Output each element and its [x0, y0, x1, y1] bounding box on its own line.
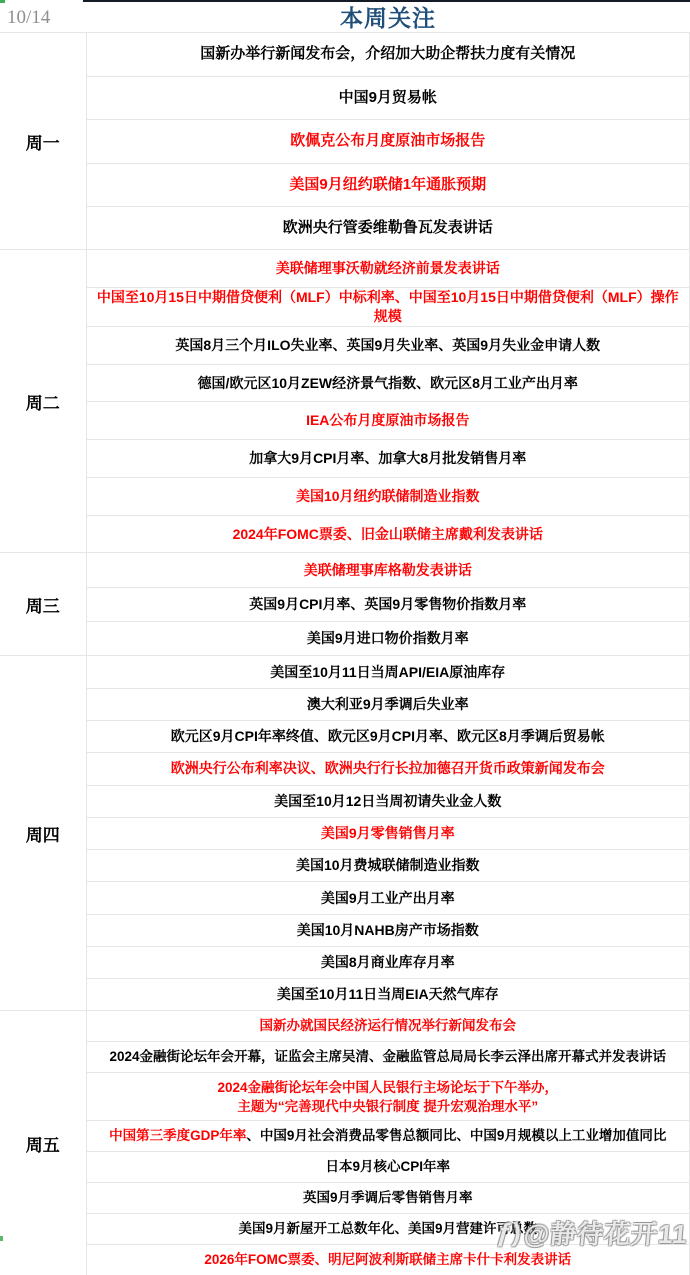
event-text: 欧洲央行公布利率决议、欧洲央行行长拉加德召开货币政策新闻发布会	[86, 753, 690, 785]
day-label-fri: 周五	[0, 1011, 86, 1275]
event-text: 美国9月纽约联储1年通胀预期	[86, 163, 690, 206]
event-segment: 2024金融街论坛年会开幕，证监会主席吴清、金融监管总局局长李云泽出席开幕式并发…	[109, 1049, 666, 1064]
event-segment: 美国9月进口物价指数月率	[307, 630, 469, 646]
event-text: 德国/欧元区10月ZEW经济景气指数、欧元区8月工业产出月率	[86, 364, 690, 402]
event-text: 美国8月商业库存月率	[86, 946, 690, 978]
event-segment: 美国至10月12日当周初请失业金人数	[274, 793, 501, 809]
event-segment: 美国10月费城联储制造业指数	[296, 857, 480, 873]
event-segment: 美国8月商业库存月率	[321, 954, 455, 970]
event-text: 美国至10月11日当周API/EIA原油库存	[86, 656, 690, 688]
event-segment: 国新办举行新闻发布会，介绍加大助企帮扶力度有关情况	[200, 45, 575, 62]
event-text: 澳大利亚9月季调后失业率	[86, 688, 690, 720]
event-segment: 美国至10月11日当周API/EIA原油库存	[270, 664, 505, 680]
event-row: 周三美联储理事库格勒发表讲话	[0, 553, 690, 587]
event-row: 欧洲央行管委维勒鲁瓦发表讲话	[0, 207, 690, 250]
event-segment: 国新办就国民经济运行情况举行新闻发布会	[260, 1018, 517, 1033]
event-segment: 美联储理事沃勒就经济前景发表讲话	[276, 260, 500, 276]
event-row: 英国8月三个月ILO失业率、英国9月失业率、英国9月失业金申请人数	[0, 326, 690, 364]
green-edge-mark	[0, 1236, 3, 1241]
page-title: 本周关注	[86, 0, 690, 33]
event-segment: 中国9月贸易帐	[339, 89, 437, 106]
event-row: 德国/欧元区10月ZEW经济景气指数、欧元区8月工业产出月率	[0, 364, 690, 402]
event-text: 美国至10月11日当周EIA天然气库存	[86, 979, 690, 1011]
event-segment: 欧洲央行管委维勒鲁瓦发表讲话	[283, 219, 493, 236]
event-text: IEA公布月度原油市场报告	[86, 402, 690, 440]
event-text: 欧元区9月CPI年率终值、欧元区9月CPI月率、欧元区8月季调后贸易帐	[86, 721, 690, 753]
event-segment: 英国9月CPI月率、英国9月零售物价指数月率	[249, 596, 526, 612]
event-text: 美国10月NAHB房产市场指数	[86, 914, 690, 946]
event-row: 2024年FOMC票委、旧金山联储主席戴利发表讲话	[0, 515, 690, 553]
event-text: 国新办举行新闻发布会，介绍加大助企帮扶力度有关情况	[86, 33, 690, 76]
event-text: 英国8月三个月ILO失业率、英国9月失业率、英国9月失业金申请人数	[86, 326, 690, 364]
green-corner-mark	[0, 0, 5, 3]
event-text: 美国10月费城联储制造业指数	[86, 850, 690, 882]
event-segment: 美国10月纽约联储制造业指数	[296, 488, 480, 504]
event-row: 美国10月费城联储制造业指数	[0, 850, 690, 882]
event-row: 美国9月工业产出月率	[0, 882, 690, 914]
event-text: 美国9月零售销售月率	[86, 817, 690, 849]
event-row: 美国9月进口物价指数月率	[0, 622, 690, 656]
event-text: 美国9月新屋开工总数年化、美国9月营建许可总数	[86, 1214, 690, 1245]
event-row: 中国9月贸易帐	[0, 76, 690, 119]
event-text: 中国第三季度GDP年率、中国9月社会消费品零售总额同比、中国9月规模以上工业增加…	[86, 1121, 690, 1152]
event-text: 美国9月工业产出月率	[86, 882, 690, 914]
event-segment: 加拿大9月CPI月率、加拿大8月批发销售月率	[249, 450, 526, 466]
event-text: 欧洲央行管委维勒鲁瓦发表讲话	[86, 207, 690, 250]
event-row: 英国9月CPI月率、英国9月零售物价指数月率	[0, 587, 690, 621]
event-row: 美国9月零售销售月率	[0, 817, 690, 849]
event-row: 中国至10月15日中期借贷便利（MLF）中标利率、中国至10月15日中期借贷便利…	[0, 288, 690, 327]
top-border-line	[83, 0, 690, 2]
event-segment: 中国第三季度GDP年率	[109, 1128, 246, 1143]
event-row: 中国第三季度GDP年率、中国9月社会消费品零售总额同比、中国9月规模以上工业增加…	[0, 1121, 690, 1152]
event-text: 中国9月贸易帐	[86, 76, 690, 119]
event-row: 周二美联储理事沃勒就经济前景发表讲话	[0, 250, 690, 288]
table-header: 10/14 本周关注	[0, 0, 690, 33]
event-row: 美国至10月12日当周初请失业金人数	[0, 785, 690, 817]
event-segment: 欧洲央行公布利率决议、欧洲央行行长拉加德召开货币政策新闻发布会	[171, 760, 605, 776]
event-text: 日本9月核心CPI年率	[86, 1152, 690, 1183]
date-label: 10/14	[0, 6, 86, 27]
event-segment: 德国/欧元区10月ZEW经济景气指数、欧元区8月工业产出月率	[198, 375, 578, 391]
event-segment: 2026年FOMC票委、明尼阿波利斯联储主席卡什卡利发表讲话	[204, 1252, 571, 1267]
event-text: 英国9月季调后零售销售月率	[86, 1183, 690, 1214]
event-text: 美国至10月12日当周初请失业金人数	[86, 785, 690, 817]
event-segment: 美国9月工业产出月率	[321, 890, 455, 906]
event-segment: 美国10月NAHB房产市场指数	[297, 922, 479, 938]
event-segment: 美国至10月11日当周EIA天然气库存	[277, 986, 499, 1002]
event-row: 澳大利亚9月季调后失业率	[0, 688, 690, 720]
event-text: 加拿大9月CPI月率、加拿大8月批发销售月率	[86, 440, 690, 478]
event-segment: 2024金融街论坛年会中国人民银行主场论坛于下午举办，	[217, 1080, 558, 1095]
event-segment: 美国9月零售销售月率	[321, 825, 455, 841]
event-segment: 中国至10月15日中期借贷便利（MLF）中标利率、中国至10月15日中期借贷便利…	[97, 289, 679, 324]
event-text: 欧佩克公布月度原油市场报告	[86, 120, 690, 163]
event-segment: 英国8月三个月ILO失业率、英国9月失业率、英国9月失业金申请人数	[175, 337, 600, 353]
event-text: 美国9月进口物价指数月率	[86, 622, 690, 656]
event-row: 美国9月纽约联储1年通胀预期	[0, 163, 690, 206]
event-row: 美国10月NAHB房产市场指数	[0, 914, 690, 946]
weekly-focus-page: 10/14 本周关注 周一国新办举行新闻发布会，介绍加大助企帮扶力度有关情况中国…	[0, 0, 690, 1275]
event-row: 日本9月核心CPI年率	[0, 1152, 690, 1183]
event-segment: 欧元区9月CPI年率终值、欧元区9月CPI月率、欧元区8月季调后贸易帐	[171, 728, 605, 744]
day-label-mon: 周一	[0, 33, 86, 250]
event-segment: 欧佩克公布月度原油市场报告	[290, 132, 485, 149]
event-segment: 2024年FOMC票委、旧金山联储主席戴利发表讲话	[233, 526, 543, 542]
event-segment: 日本9月核心CPI年率	[325, 1159, 450, 1174]
event-row: 欧佩克公布月度原油市场报告	[0, 120, 690, 163]
event-segment: 、中国9月社会消费品零售总额同比、中国9月规模以上工业增加值同比	[246, 1128, 666, 1143]
event-text: 美联储理事库格勒发表讲话	[86, 553, 690, 587]
event-row: 欧洲央行公布利率决议、欧洲央行行长拉加德召开货币政策新闻发布会	[0, 753, 690, 785]
event-row: 美国8月商业库存月率	[0, 946, 690, 978]
event-text: 2024金融街论坛年会开幕，证监会主席吴清、金融监管总局局长李云泽出席开幕式并发…	[86, 1042, 690, 1073]
event-text: 中国至10月15日中期借贷便利（MLF）中标利率、中国至10月15日中期借贷便利…	[86, 288, 690, 327]
event-row: 2024金融街论坛年会中国人民银行主场论坛于下午举办，主题为“完善现代中央银行制…	[0, 1073, 690, 1121]
event-segment: 澳大利亚9月季调后失业率	[307, 696, 469, 712]
event-segment: 主题为“完善现代中央银行制度 提升宏观治理水平”	[237, 1099, 538, 1114]
event-row: 周五国新办就国民经济运行情况举行新闻发布会	[0, 1011, 690, 1042]
event-row: IEA公布月度原油市场报告	[0, 402, 690, 440]
event-text: 2026年FOMC票委、明尼阿波利斯联储主席卡什卡利发表讲话	[86, 1245, 690, 1275]
event-row: 美国至10月11日当周EIA天然气库存	[0, 979, 690, 1011]
event-text: 英国9月CPI月率、英国9月零售物价指数月率	[86, 587, 690, 621]
event-row: 周一国新办举行新闻发布会，介绍加大助企帮扶力度有关情况	[0, 33, 690, 76]
event-text: 美国10月纽约联储制造业指数	[86, 477, 690, 515]
event-text: 国新办就国民经济运行情况举行新闻发布会	[86, 1011, 690, 1042]
event-text: 2024金融街论坛年会中国人民银行主场论坛于下午举办，主题为“完善现代中央银行制…	[86, 1073, 690, 1121]
event-row: 周四美国至10月11日当周API/EIA原油库存	[0, 656, 690, 688]
event-text: 2024年FOMC票委、旧金山联储主席戴利发表讲话	[86, 515, 690, 553]
schedule-table: 周一国新办举行新闻发布会，介绍加大助企帮扶力度有关情况中国9月贸易帐欧佩克公布月…	[0, 33, 690, 1275]
day-label-thu: 周四	[0, 656, 86, 1011]
event-row: 英国9月季调后零售销售月率	[0, 1183, 690, 1214]
event-row: 美国10月纽约联储制造业指数	[0, 477, 690, 515]
event-segment: 美国9月新屋开工总数年化、美国9月营建许可总数	[238, 1221, 537, 1236]
event-segment: 英国9月季调后零售销售月率	[303, 1190, 473, 1205]
event-segment: IEA公布月度原油市场报告	[306, 412, 469, 428]
event-row: 欧元区9月CPI年率终值、欧元区9月CPI月率、欧元区8月季调后贸易帐	[0, 721, 690, 753]
event-row: 加拿大9月CPI月率、加拿大8月批发销售月率	[0, 440, 690, 478]
event-row: 2024金融街论坛年会开幕，证监会主席吴清、金融监管总局局长李云泽出席开幕式并发…	[0, 1042, 690, 1073]
event-row: 2026年FOMC票委、明尼阿波利斯联储主席卡什卡利发表讲话	[0, 1245, 690, 1275]
event-text: 美联储理事沃勒就经济前景发表讲话	[86, 250, 690, 288]
event-segment: 美国9月纽约联储1年通胀预期	[289, 176, 486, 193]
event-row: 美国9月新屋开工总数年化、美国9月营建许可总数	[0, 1214, 690, 1245]
event-segment: 美联储理事库格勒发表讲话	[304, 562, 472, 578]
day-label-tue: 周二	[0, 250, 86, 553]
day-label-wed: 周三	[0, 553, 86, 656]
